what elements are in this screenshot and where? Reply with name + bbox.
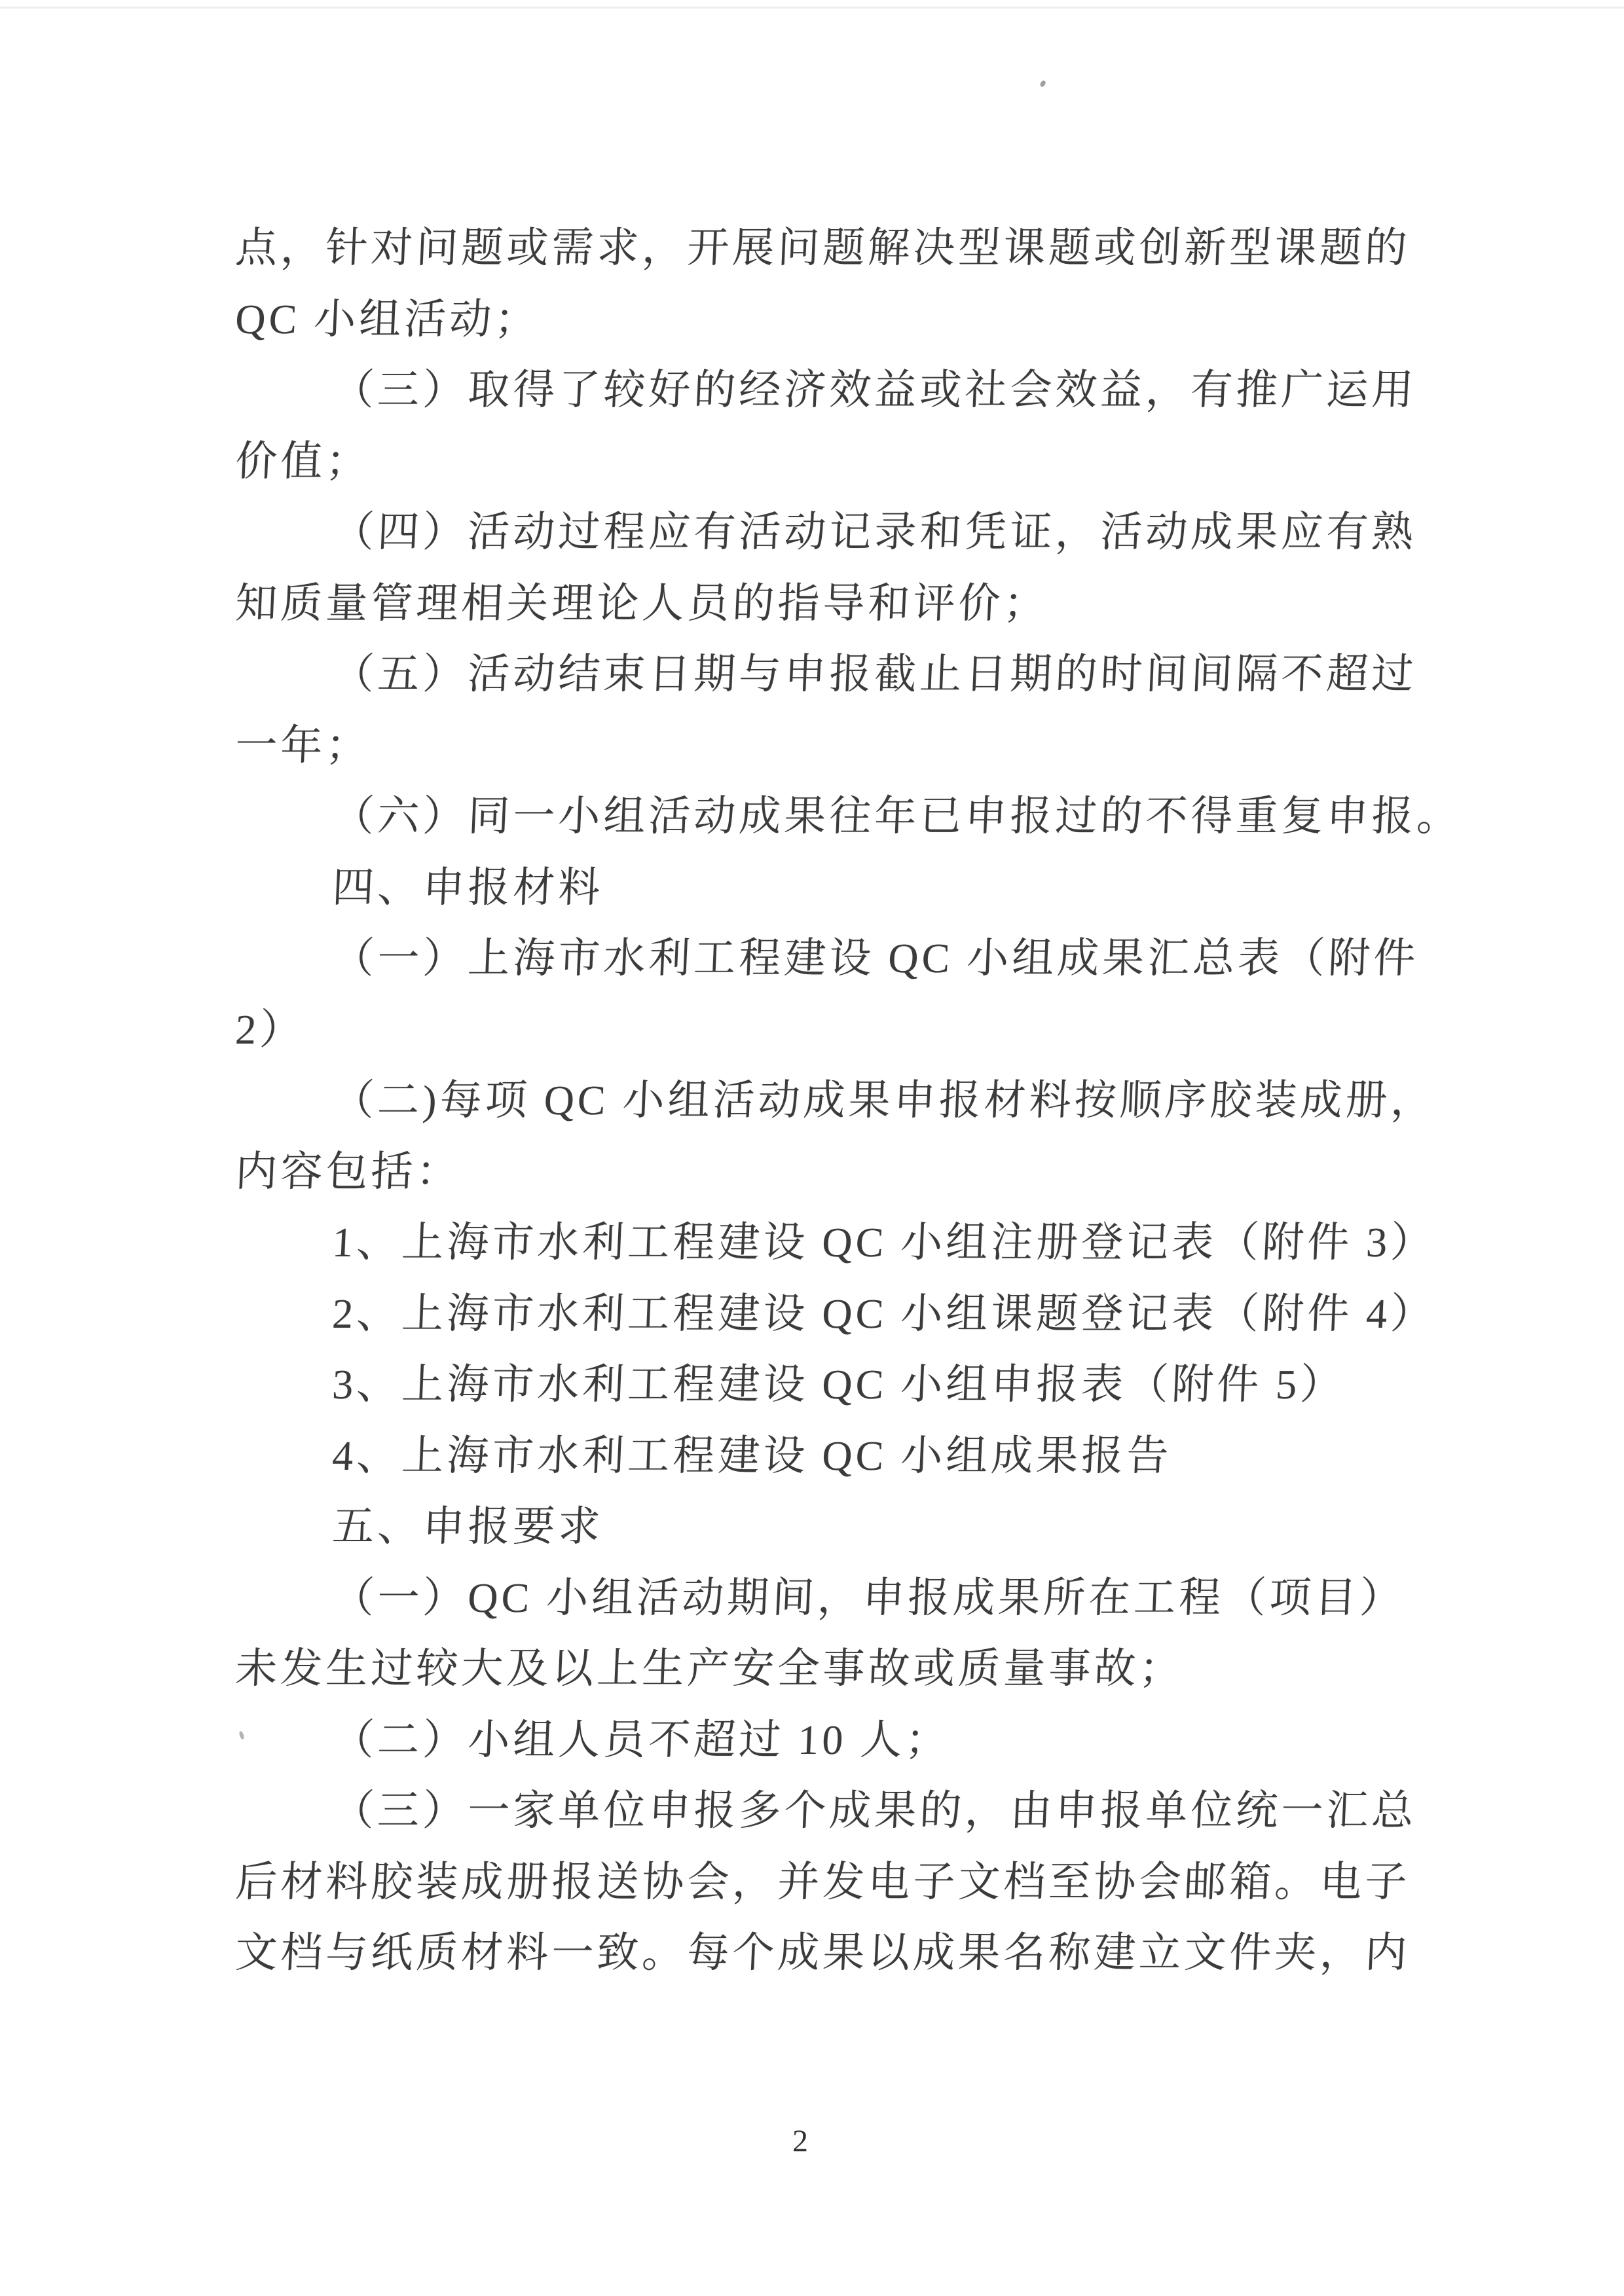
text-line: （一）QC 小组活动期间，申报成果所在工程（项目） [234,1563,1416,1634]
scan-edge-artifact [0,7,1624,9]
text-line: 价值； [234,426,1416,498]
text-line: 后材料胶装成册报送协会，并发电子文档至协会邮箱。电子 [234,1847,1416,1918]
document-body: 点，针对问题或需求，开展问题解决型课题或创新型课题的QC 小组活动；（三）取得了… [234,213,1413,1989]
text-line: 4、上海市水利工程建设 QC 小组成果报告 [234,1421,1416,1492]
text-line: 四、申报材料 [234,852,1416,924]
scan-speck [1039,80,1046,88]
text-line: 3、上海市水利工程建设 QC 小组申报表（附件 5） [234,1349,1416,1421]
text-line: （二）小组人员不超过 10 人； [234,1705,1416,1776]
page-number: 2 [0,2123,1600,2159]
text-line: 未发生过较大及以上生产安全事故或质量事故； [234,1633,1416,1705]
text-line: 2、上海市水利工程建设 QC 小组课题登记表（附件 4） [234,1279,1416,1350]
text-line: 1、上海市水利工程建设 QC 小组注册登记表（附件 3） [234,1207,1416,1279]
text-line: （一）上海市水利工程建设 QC 小组成果汇总表（附件 [234,923,1416,994]
text-line: 内容包括： [234,1137,1416,1208]
text-line: QC 小组活动； [234,284,1416,355]
text-line: （五）活动结束日期与申报截止日期的时间间隔不超过 [234,639,1416,710]
text-line: （四）活动过程应有活动记录和凭证，活动成果应有熟 [234,497,1416,568]
text-line: 五、申报要求 [234,1491,1416,1563]
text-line: 知质量管理相关理论人员的指导和评价； [234,568,1416,640]
text-line: （三）一家单位申报多个成果的，由申报单位统一汇总 [234,1776,1416,1847]
text-line: （二)每项 QC 小组活动成果申报材料按顺序胶装成册， [234,1065,1416,1137]
document-page: 点，针对问题或需求，开展问题解决型课题或创新型课题的QC 小组活动；（三）取得了… [0,0,1624,2296]
text-line: 文档与纸质材料一致。每个成果以成果名称建立文件夹，内 [234,1918,1416,1989]
text-line: （六）同一小组活动成果往年已申报过的不得重复申报。 [234,781,1416,852]
text-line: 点，针对问题或需求，开展问题解决型课题或创新型课题的 [234,213,1416,284]
text-line: 一年； [234,710,1416,782]
text-line: 2） [234,994,1416,1066]
text-line: （三）取得了较好的经济效益或社会效益，有推广运用 [234,355,1416,426]
